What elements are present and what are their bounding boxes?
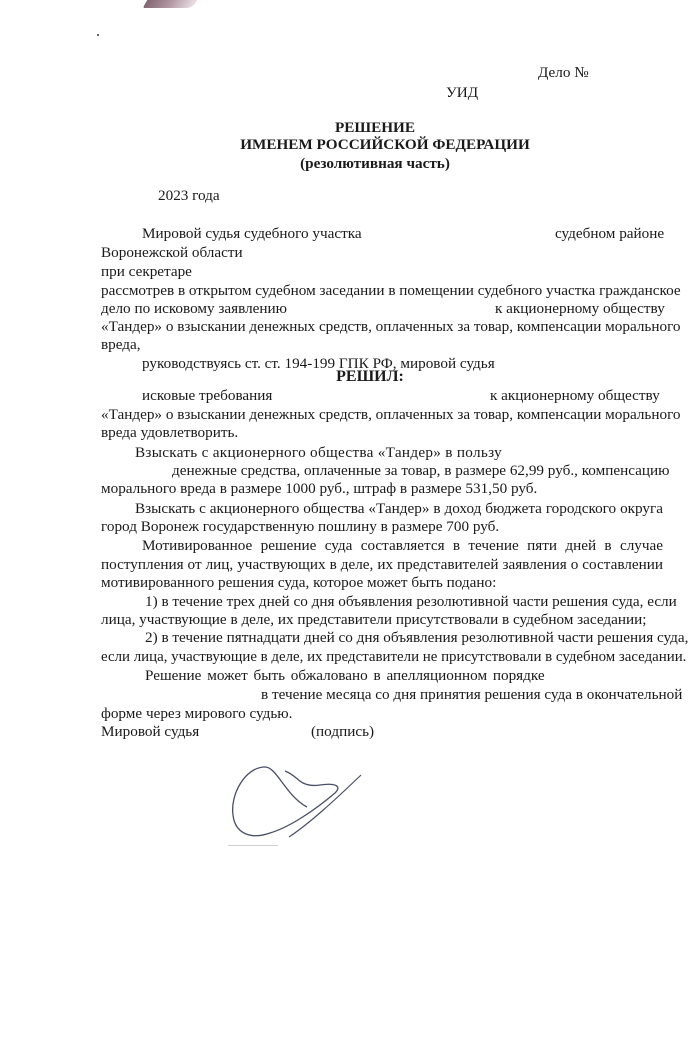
intro-line-5-left: дело по исковому заявлению [101,300,287,318]
claim-line-1-right: к акционерному обществу [490,387,660,405]
title-in-name-of-rf: ИМЕНЕМ РОССИЙСКОЙ ФЕДЕРАЦИИ [200,136,570,154]
appeal-line-2: в течение месяца со дня принятия решения… [261,686,682,704]
scan-dot [97,34,99,36]
recover-line-1: Взыскать с акционерного общества «Тандер… [135,444,502,462]
intro-line-4: рассмотрев в открытом судебном заседании… [101,282,663,300]
title-operative-part: (резолютивная часть) [200,155,550,173]
claim-line-1-left: исковые требования [142,387,272,405]
motivated-line-3: мотивированного решения суда, которое мо… [101,574,496,592]
handwritten-signature-icon [225,755,375,845]
signature-label: (подпись) [311,723,374,741]
case-number-label: Дело № [538,64,589,82]
term-1-line-1: 1) в течение трех дней со дня объявления… [145,593,663,611]
document-page: Дело № УИД РЕШЕНИЕ ИМЕНЕМ РОССИЙСКОЙ ФЕД… [0,0,700,1042]
appeal-line-3: форме через мирового судью. [101,705,292,723]
term-1-line-2: лица, участвующие в деле, их представите… [101,611,646,629]
duty-line-2: город Воронеж государственную пошлину в … [101,518,499,536]
intro-line-5-right: к акционерному обществу [495,300,665,318]
duty-line-1: Взыскать с акционерного общества «Тандер… [135,500,663,518]
claim-line-3: вреда удовлетворить. [101,424,238,442]
recover-line-2: денежные средства, оплаченные за товар, … [172,462,662,480]
decision-date: 2023 года [158,187,220,205]
intro-line-6: «Тандер» о взыскании денежных средств, о… [101,318,663,336]
motivated-line-2: поступления от лиц, участвующих в деле, … [101,556,663,574]
scan-smudge [228,845,278,846]
term-2-line-2: если лица, участвующие в деле, их предст… [101,648,686,666]
decided-heading: РЕШИЛ: [300,368,440,386]
uid-label: УИД [446,84,478,102]
judge-label: Мировой судья [101,723,199,741]
motivated-line-1: Мотивированное решение суда составляется… [142,537,663,555]
recover-line-3: морального вреда в размере 1000 руб., шт… [101,480,537,498]
appeal-line-1: Решение может быть обжаловано в апелляци… [145,667,545,685]
claim-line-2: «Тандер» о взыскании денежных средств, о… [101,406,663,424]
intro-line-7: вреда, [101,336,141,354]
intro-line-1-left: Мировой судья судебного участка [142,225,362,243]
intro-line-2: Воронежской области [101,244,243,262]
intro-line-1-right: судебном районе [555,225,664,243]
intro-line-3: при секретаре [101,263,192,281]
scan-corner-mark [143,0,198,8]
term-2-line-1: 2) в течение пятнадцати дней со дня объя… [145,629,663,647]
title-decision: РЕШЕНИЕ [200,119,550,137]
